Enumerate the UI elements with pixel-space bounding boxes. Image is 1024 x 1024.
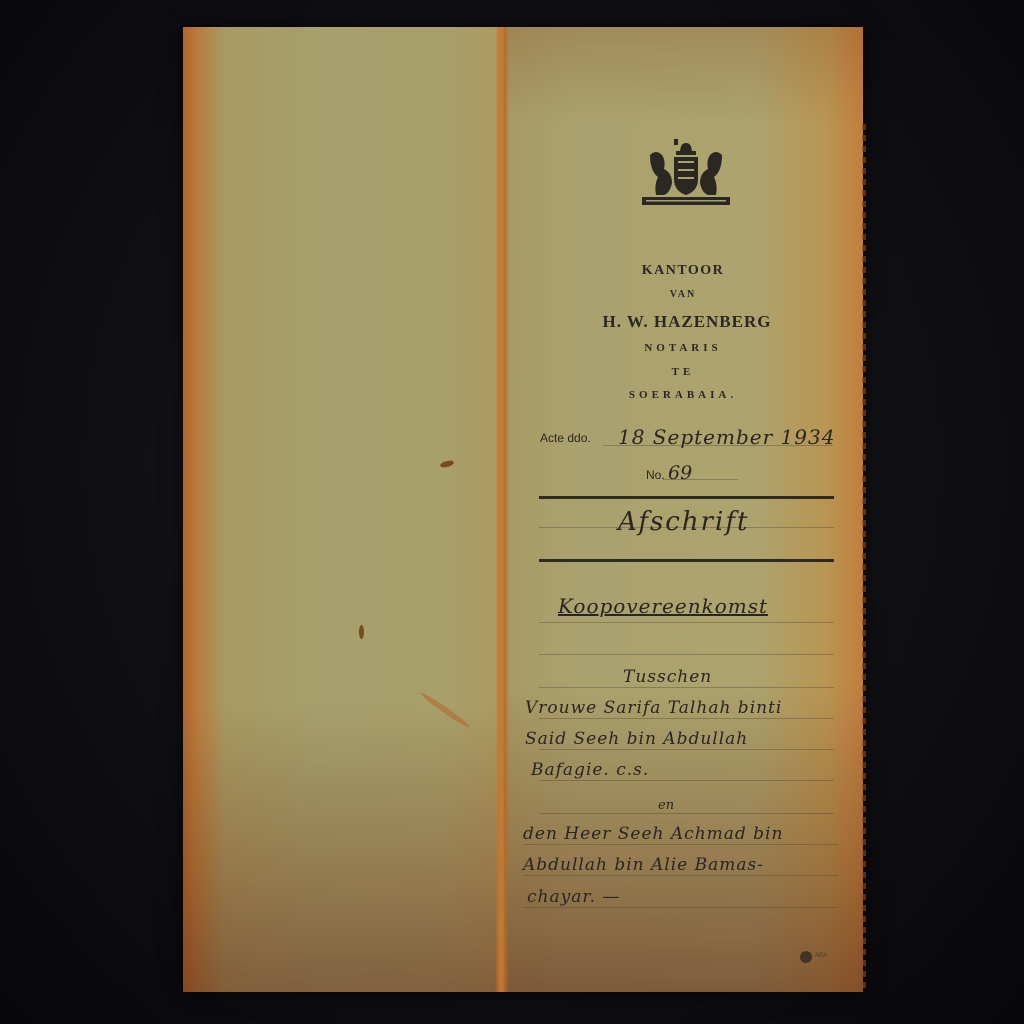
thick-rule-top: [539, 496, 834, 499]
folder-fold-spine: [495, 27, 509, 992]
deed-subject: Koopovereenkomst: [558, 594, 768, 618]
deed-date: 18 September 1934: [618, 425, 835, 449]
folder-left-panel: [183, 27, 503, 992]
letterhead-office: KANTOOR: [523, 263, 843, 279]
ruled-line: [539, 718, 834, 719]
ruled-line: [539, 780, 834, 781]
stain-streak: [419, 690, 472, 729]
letterhead-te: TE: [523, 366, 843, 378]
ruled-line: [539, 687, 834, 688]
cover-content: KANTOOR VAN H. W. HAZENBERG NOTARIS TE S…: [523, 27, 863, 992]
notary-name: H. W. HAZENBERG: [527, 312, 847, 332]
deed-number: 69: [668, 462, 692, 484]
date-label: Acte ddo.: [540, 431, 591, 445]
thick-rule-bottom: [539, 559, 834, 562]
archive-stamp-icon: [800, 951, 812, 963]
party2-line: chayar. —: [527, 887, 620, 907]
stain-mark: [439, 459, 454, 468]
stain-mark: [359, 625, 364, 639]
number-label: No.: [646, 468, 665, 482]
party1-line: Bafagie. c.s.: [531, 760, 649, 780]
notary-title: NOTARIS: [523, 342, 843, 354]
ruled-line: [523, 907, 838, 908]
ruled-line: [539, 654, 834, 655]
copy-type: Afschrift: [618, 507, 749, 537]
ruled-line: [539, 813, 834, 814]
coat-of-arms-icon: [636, 135, 736, 209]
party2-line: den Heer Seeh Achmad bin: [523, 824, 783, 844]
party1-line: Vrouwe Sarifa Talhah binti: [525, 698, 782, 718]
ruled-line: [539, 622, 834, 623]
archive-stamp-text: ARA: [815, 953, 827, 959]
between-word: Tusschen: [623, 667, 712, 687]
ruled-line: [523, 875, 838, 876]
party1-line: Said Seeh bin Abdullah: [525, 729, 748, 749]
letterhead-van: VAN: [523, 289, 843, 300]
ruled-line: [539, 749, 834, 750]
party2-line: Abdullah bin Alie Bamas-: [523, 855, 764, 875]
and-word: en: [658, 798, 674, 813]
ruled-line: [523, 844, 838, 845]
notary-city: SOERABAIA.: [523, 389, 843, 401]
document-folder: KANTOOR VAN H. W. HAZENBERG NOTARIS TE S…: [183, 27, 863, 992]
